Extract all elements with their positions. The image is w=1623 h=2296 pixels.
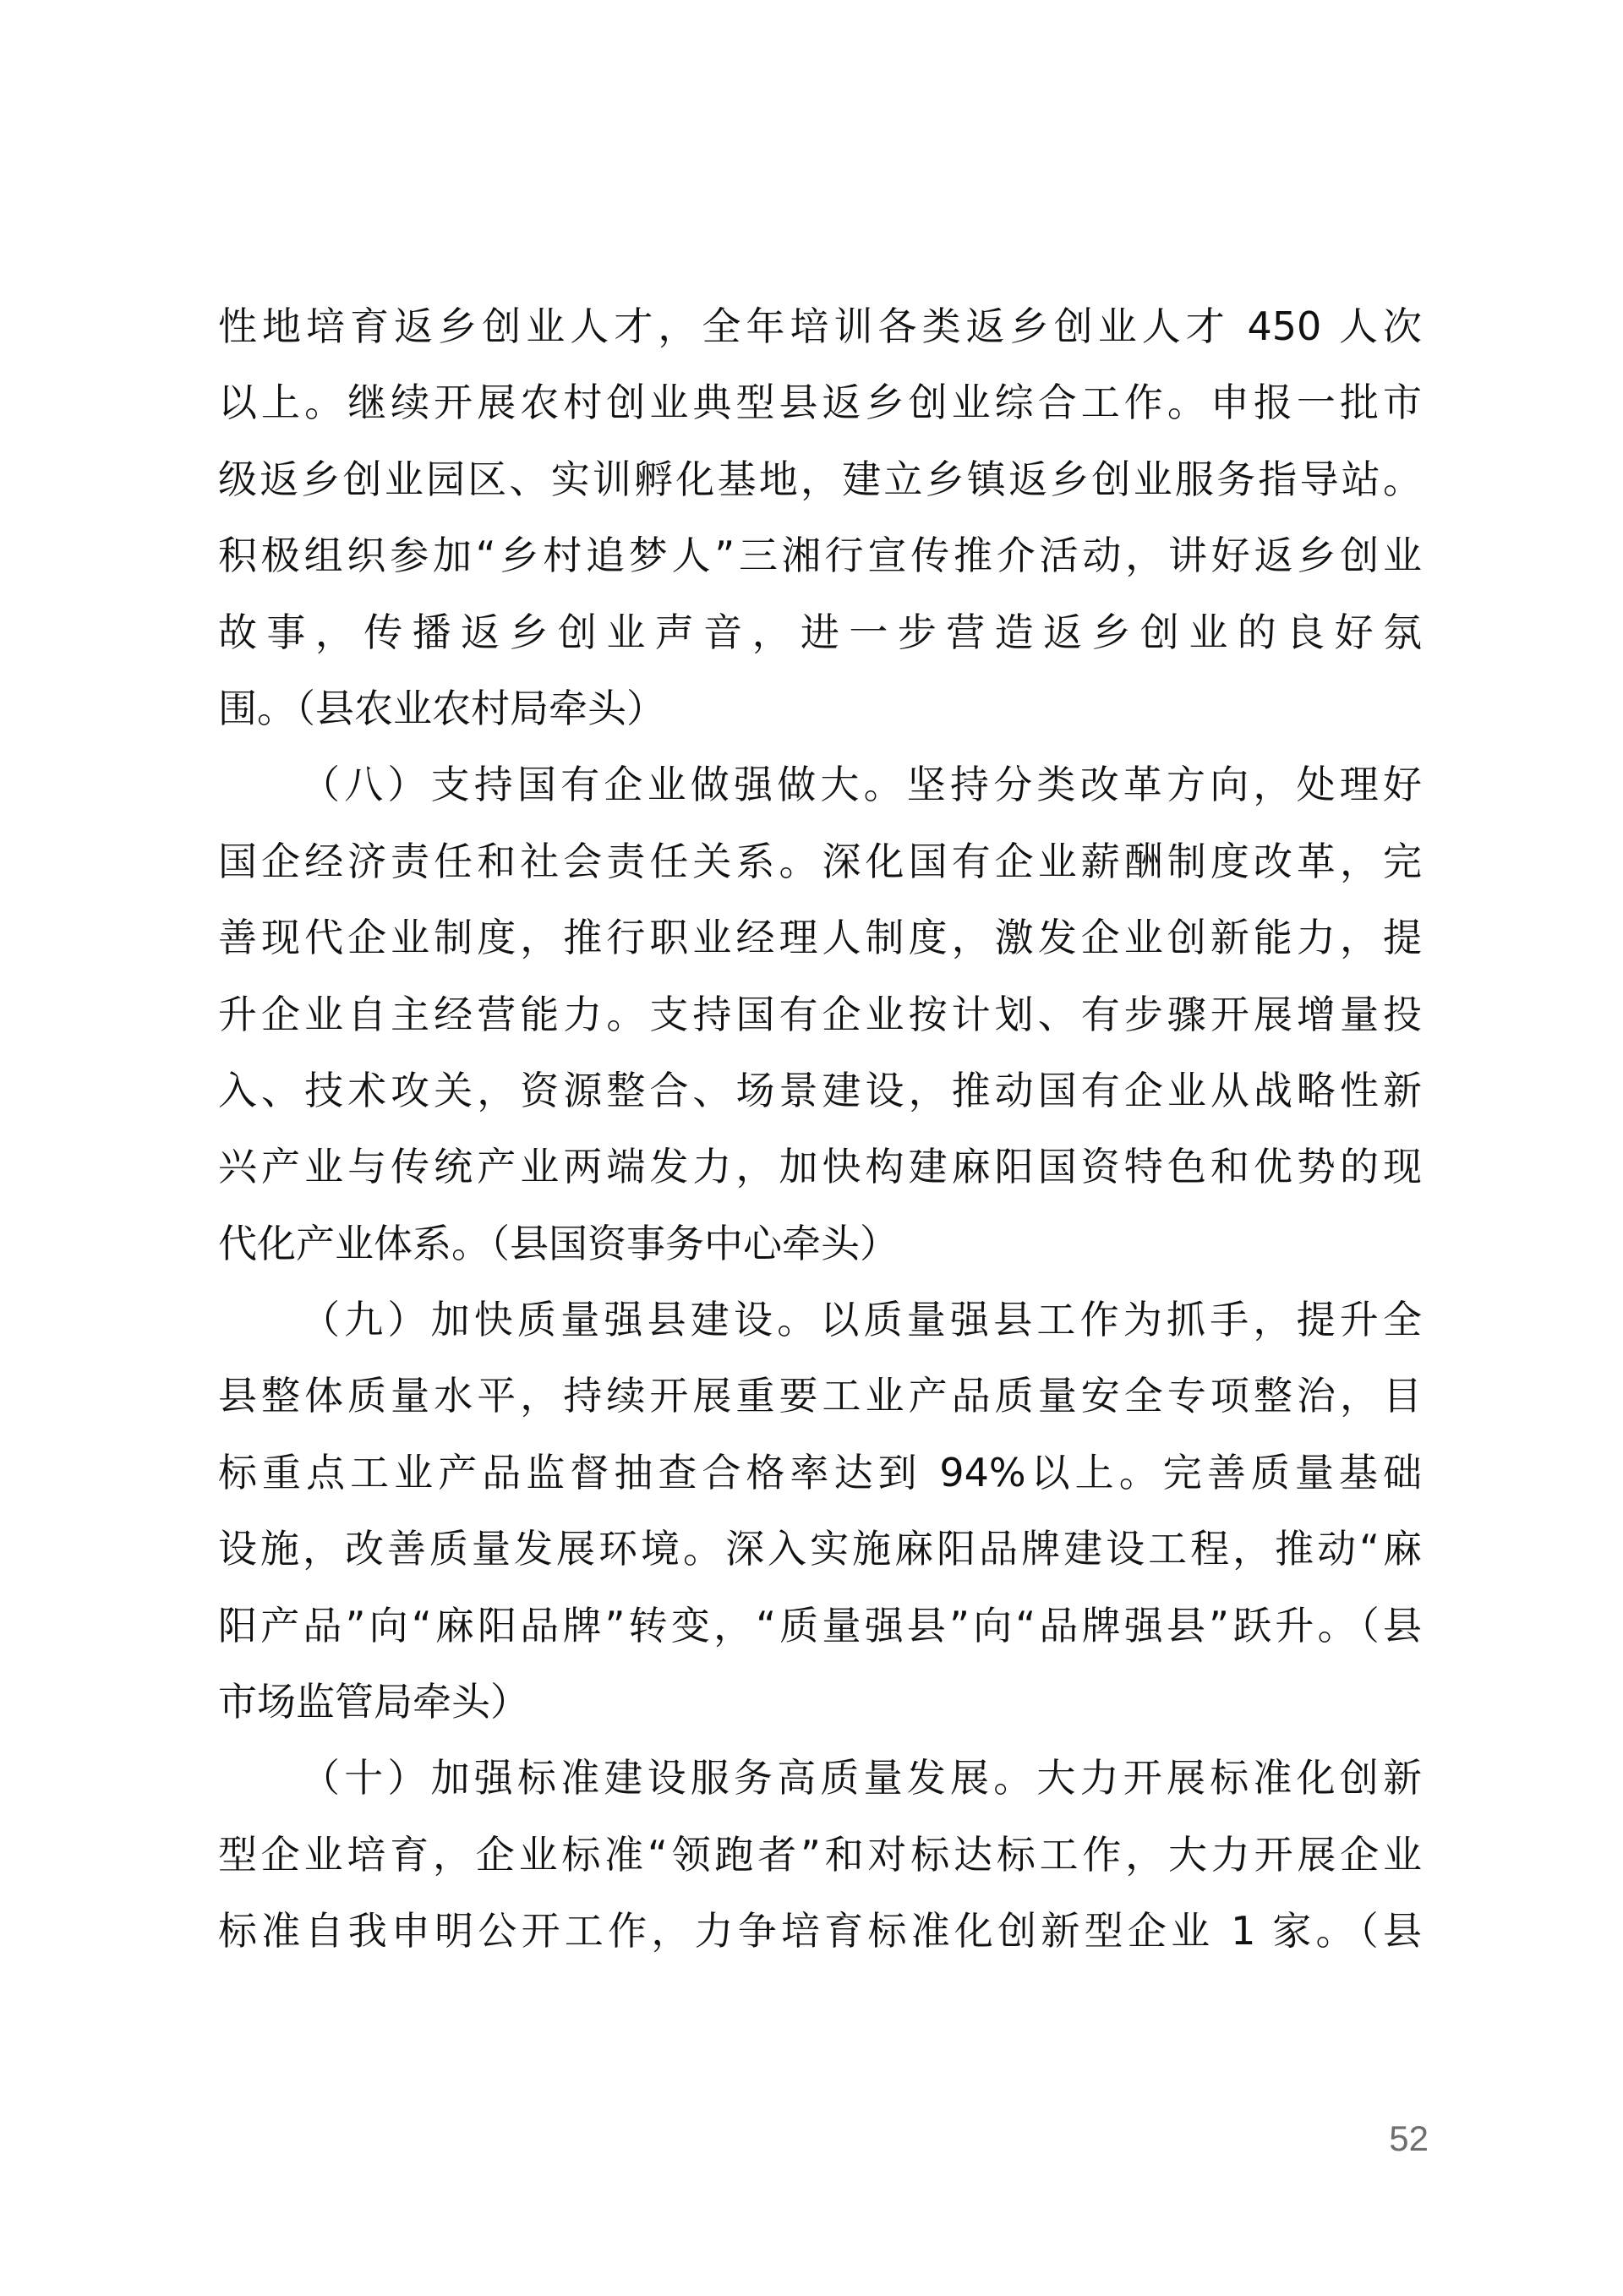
text-line: 标重点工业产品监督抽查合格率达到 94%以上。完善质量基础 <box>218 1439 1422 1515</box>
text-line: 以上。继续开展农村创业典型县返乡创业综合工作。申报一批市 <box>218 369 1422 445</box>
text-line: 积极组织参加“乡村追梦人”三湘行宣传推介活动，讲好返乡创业 <box>218 522 1422 598</box>
text-line: 代化产业体系。（县国资事务中心牵头） <box>218 1210 1422 1286</box>
text-line: 阳产品”向“麻阳品牌”转变，“质量强县”向“品牌强县”跃升。（县 <box>218 1592 1422 1668</box>
text-line: 标准自我申明公开工作，力争培育标准化创新型企业 1 家。（县 <box>218 1897 1422 1973</box>
text-line: 设施，改善质量发展环境。深入实施麻阳品牌建设工程，推动“麻 <box>218 1515 1422 1591</box>
text-line: 县整体质量水平，持续开展重要工业产品质量安全专项整治，目 <box>218 1362 1422 1438</box>
text-line: 级返乡创业园区、实训孵化基地，建立乡镇返乡创业服务指导站。 <box>218 446 1422 522</box>
body-text: 性地培育返乡创业人才，全年培训各类返乡创业人才 450 人次 以上。继续开展农村… <box>218 292 1422 1974</box>
text-line: 兴产业与传统产业两端发力，加快构建麻阳国资特色和优势的现 <box>218 1133 1422 1209</box>
text-line: 国企经济责任和社会责任关系。深化国有企业薪酬制度改革，完 <box>218 828 1422 904</box>
text-line: 性地培育返乡创业人才，全年培训各类返乡创业人才 450 人次 <box>218 292 1422 369</box>
section-heading-line: （九）加快质量强县建设。以质量强县工作为抓手，提升全 <box>218 1286 1422 1362</box>
text-line: 围。（县农业农村局牵头） <box>218 675 1422 751</box>
document-page: 性地培育返乡创业人才，全年培训各类返乡创业人才 450 人次 以上。继续开展农村… <box>0 0 1623 2296</box>
text-line: 市场监管局牵头） <box>218 1668 1422 1744</box>
text-line: 善现代企业制度，推行职业经理人制度，激发企业创新能力，提 <box>218 904 1422 980</box>
page-number: 52 <box>1361 2118 1429 2159</box>
text-line: 入、技术攻关，资源整合、场景建设，推动国有企业从战略性新 <box>218 1057 1422 1133</box>
text-line: 故事，传播返乡创业声音，进一步营造返乡创业的良好氛 <box>218 599 1422 675</box>
text-line: 升企业自主经营能力。支持国有企业按计划、有步骤开展增量投 <box>218 981 1422 1057</box>
section-heading-line: （十）加强标准建设服务高质量发展。大力开展标准化创新 <box>218 1744 1422 1820</box>
text-line: 型企业培育，企业标准“领跑者”和对标达标工作，大力开展企业 <box>218 1821 1422 1897</box>
section-heading-line: （八）支持国有企业做强做大。坚持分类改革方向，处理好 <box>218 751 1422 827</box>
